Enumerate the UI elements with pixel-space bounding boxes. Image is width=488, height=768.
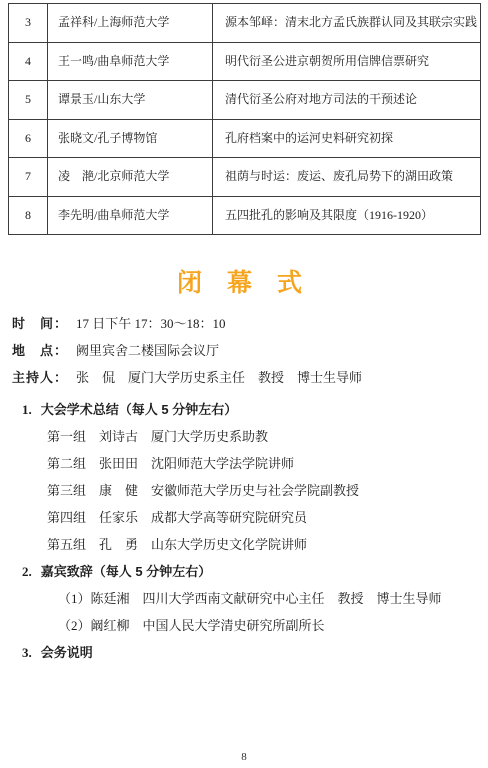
paper-title-cell: 明代衍圣公进京朝贺所用信牌信票研究 <box>213 42 481 81</box>
table-row: 7凌 滟/北京师范大学祖荫与时运：废运、废孔局势下的湖田政策 <box>9 158 481 197</box>
row-number-cell: 8 <box>9 196 48 235</box>
info-label: 时 间： <box>12 316 68 331</box>
info-value: 张 侃 厦门大学历史系主任 教授 博士生导师 <box>76 370 362 385</box>
document-page: 3孟祥科/上海师范大学源本邹峄：清末北方孟氏族群认同及其联宗实践4王一鸣/曲阜师… <box>0 0 488 768</box>
agenda-number: 3. <box>22 645 32 660</box>
row-number-cell: 6 <box>9 119 48 158</box>
agenda-heading-text: 嘉宾致辞（每人 5 分钟左右） <box>41 564 211 579</box>
table-row: 5谭景玉/山东大学清代衍圣公府对地方司法的干预述论 <box>9 81 481 120</box>
paper-title-cell: 源本邹峄：清末北方孟氏族群认同及其联宗实践 <box>213 4 481 43</box>
presenter-cell: 凌 滟/北京师范大学 <box>48 158 213 197</box>
table-row: 4王一鸣/曲阜师范大学明代衍圣公进京朝贺所用信牌信票研究 <box>9 42 481 81</box>
info-value: 阙里宾舍二楼国际会议厅 <box>76 343 219 358</box>
paper-title-cell: 祖荫与时运：废运、废孔局势下的湖田政策 <box>213 158 481 197</box>
closing-ceremony-title: 闭 幕 式 <box>0 263 488 299</box>
info-line: 地 点：阙里宾舍二楼国际会议厅 <box>12 337 480 364</box>
paper-title-cell: 孔府档案中的运河史料研究初探 <box>213 119 481 158</box>
row-number-cell: 4 <box>9 42 48 81</box>
presenter-cell: 张晓文/孔子博物馆 <box>48 119 213 158</box>
closing-ceremony-body: 时 间：17 日下午 17：30～18：10地 点：阙里宾舍二楼国际会议厅主持人… <box>12 310 480 666</box>
agenda-item: 第四组 任家乐 成都大学高等研究院研究员 <box>12 504 480 531</box>
agenda-heading: 3.会务说明 <box>12 639 480 666</box>
agenda-item: 第三组 康 健 安徽师范大学历史与社会学院副教授 <box>12 477 480 504</box>
paper-title-cell: 五四批孔的影响及其限度（1916-1920） <box>213 196 481 235</box>
closing-agenda-list: 1.大会学术总结（每人 5 分钟左右）第一组 刘诗古 厦门大学历史系助教第二组 … <box>12 396 480 666</box>
session-schedule-table: 3孟祥科/上海师范大学源本邹峄：清末北方孟氏族群认同及其联宗实践4王一鸣/曲阜师… <box>8 3 481 235</box>
agenda-number: 2. <box>22 564 32 579</box>
page-number: 8 <box>0 751 488 763</box>
info-label: 主持人： <box>12 370 68 385</box>
info-line: 主持人：张 侃 厦门大学历史系主任 教授 博士生导师 <box>12 364 480 391</box>
table-row: 8李先明/曲阜师范大学五四批孔的影响及其限度（1916-1920） <box>9 196 481 235</box>
agenda-item: 第二组 张田田 沈阳师范大学法学院讲师 <box>12 450 480 477</box>
agenda-heading: 2.嘉宾致辞（每人 5 分钟左右） <box>12 558 480 585</box>
row-number-cell: 3 <box>9 4 48 43</box>
session-schedule-table-body: 3孟祥科/上海师范大学源本邹峄：清末北方孟氏族群认同及其联宗实践4王一鸣/曲阜师… <box>9 4 481 235</box>
agenda-heading-text: 大会学术总结（每人 5 分钟左右） <box>41 402 237 417</box>
agenda-item: （2）阚红柳 中国人民大学清史研究所副所长 <box>12 612 480 639</box>
agenda-heading-text: 会务说明 <box>41 645 93 660</box>
presenter-cell: 谭景玉/山东大学 <box>48 81 213 120</box>
agenda-item: 第五组 孔 勇 山东大学历史文化学院讲师 <box>12 531 480 558</box>
closing-info-list: 时 间：17 日下午 17：30～18：10地 点：阙里宾舍二楼国际会议厅主持人… <box>12 310 480 391</box>
agenda-heading: 1.大会学术总结（每人 5 分钟左右） <box>12 396 480 423</box>
table-row: 6张晓文/孔子博物馆孔府档案中的运河史料研究初探 <box>9 119 481 158</box>
agenda-number: 1. <box>22 402 32 417</box>
presenter-cell: 李先明/曲阜师范大学 <box>48 196 213 235</box>
info-label: 地 点： <box>12 343 68 358</box>
row-number-cell: 5 <box>9 81 48 120</box>
row-number-cell: 7 <box>9 158 48 197</box>
agenda-item: 第一组 刘诗古 厦门大学历史系助教 <box>12 423 480 450</box>
info-line: 时 间：17 日下午 17：30～18：10 <box>12 310 480 337</box>
table-row: 3孟祥科/上海师范大学源本邹峄：清末北方孟氏族群认同及其联宗实践 <box>9 4 481 43</box>
paper-title-cell: 清代衍圣公府对地方司法的干预述论 <box>213 81 481 120</box>
presenter-cell: 孟祥科/上海师范大学 <box>48 4 213 43</box>
info-value: 17 日下午 17：30～18：10 <box>76 316 226 331</box>
agenda-item: （1）陈廷湘 四川大学西南文献研究中心主任 教授 博士生导师 <box>12 585 480 612</box>
presenter-cell: 王一鸣/曲阜师范大学 <box>48 42 213 81</box>
